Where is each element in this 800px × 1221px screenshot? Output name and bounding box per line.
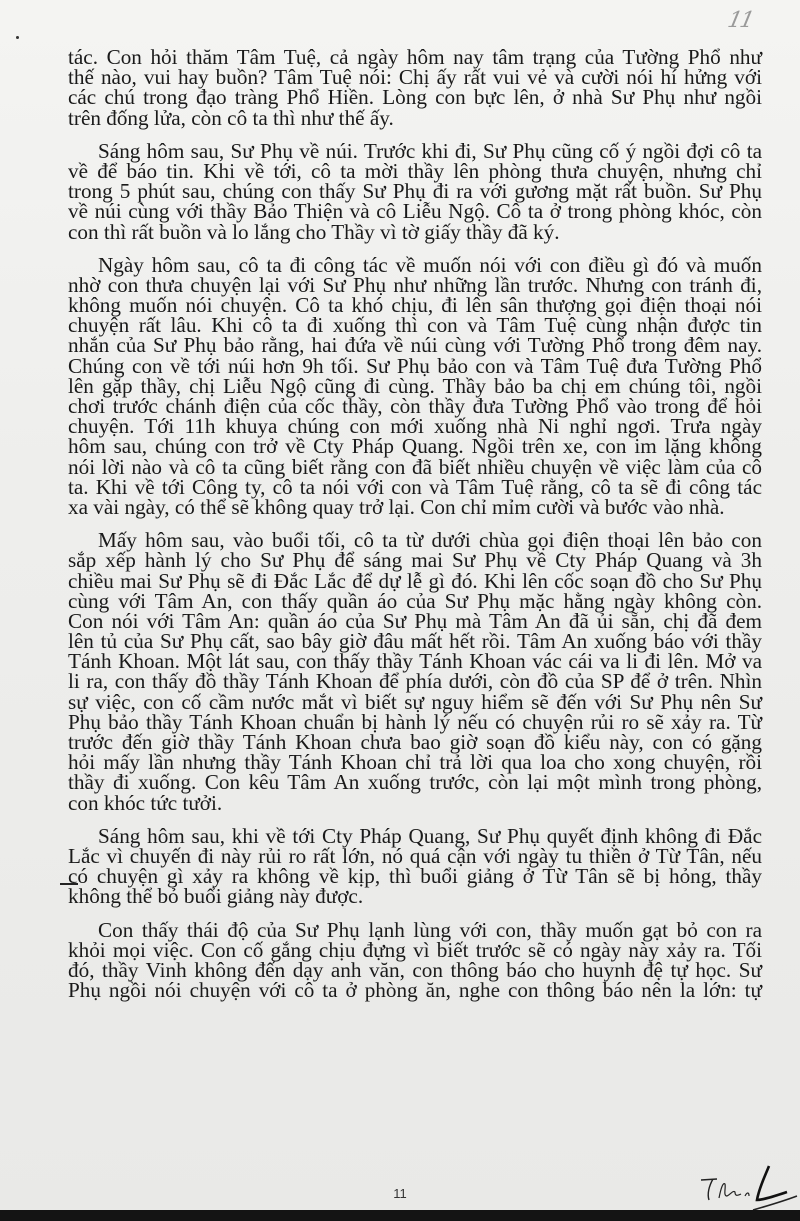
text-line: đó, thầy Vinh không đến dạy anh văn, con… — [68, 960, 762, 980]
paragraph-4: Mấy hôm sau, vào buổi tối, cô ta từ dưới… — [68, 530, 762, 813]
text-line: về để báo tin. Khi về tới, cô ta mời thầ… — [68, 161, 762, 181]
text-line: khỏi mọi việc. Con cố gắng chịu đựng vì … — [68, 940, 762, 960]
text-line: con thì rất buồn và lo lắng cho Thầy vì … — [68, 222, 762, 242]
text-line: Chúng con về tới núi hơn 9h tối. Sư Phụ … — [68, 356, 762, 376]
document-body: tác. Con hỏi thăm Tâm Tuệ, cả ngày hôm n… — [68, 47, 762, 1013]
page-number: 11 — [0, 1186, 800, 1201]
text-line: thầy đi xuống. Con kêu Tâm An xuống trướ… — [68, 772, 762, 792]
text-line: lên gặp thầy, chị Liễu Ngộ cũng đi cùng.… — [68, 376, 762, 396]
paragraph-6: Con thấy thái độ của Sư Phụ lạnh lùng vớ… — [68, 920, 762, 1001]
text-line: nhắn của Sư Phụ bảo rằng, hai đứa về núi… — [68, 335, 762, 355]
text-line: sự việc, con cố cầm nước mắt vì biết sự … — [68, 692, 762, 712]
paragraph-5: Sáng hôm sau, khi về tới Cty Pháp Quang,… — [68, 826, 762, 907]
text-line: trên đống lửa, còn cô ta thì như thế ấy. — [68, 108, 762, 128]
text-line: con khóc tức tưởi. — [68, 793, 762, 813]
text-line: ta. Khi về tới Công ty, cô ta nói với co… — [68, 477, 762, 497]
text-line: Sáng hôm sau, Sư Phụ về núi. Trước khi đ… — [68, 141, 762, 161]
text-line: Phụ ngồi nói chuyện với cô ta ở phòng ăn… — [68, 980, 762, 1000]
text-line: có chuyện gì xảy ra không về kịp, thì bu… — [68, 866, 762, 886]
text-line: chơi trước chánh điện của cốc thầy, còn … — [68, 396, 762, 416]
text-line: trước đến giờ thầy Tánh Khoan chưa bao g… — [68, 732, 762, 752]
text-line: về núi cùng với thầy Bảo Thiện và cô Liễ… — [68, 201, 762, 221]
text-line: Con thấy thái độ của Sư Phụ lạnh lùng vớ… — [68, 920, 762, 940]
paragraph-3: Ngày hôm sau, cô ta đi công tác về muốn … — [68, 255, 762, 517]
text-line: hôm sau, chúng con trở về Cty Pháp Quang… — [68, 436, 762, 456]
text-line: Con nói với Tâm An: quần áo của Sư Phụ m… — [68, 611, 762, 631]
scanned-document-page: 11 tác. Con hỏi thăm Tâm Tuệ, cả ngày hô… — [0, 0, 800, 1210]
text-line: xa vài ngày, có thể sẽ không quay trở lạ… — [68, 497, 762, 517]
text-line: chuyện. Tới 11h khuya chúng con mới xuốn… — [68, 416, 762, 436]
handwritten-strike-mark — [60, 883, 78, 885]
text-line: li ra, con thấy đồ thầy Tánh Khoan để ph… — [68, 671, 762, 691]
text-line: Lắc vì chuyến đi này rủi ro rất lớn, nó … — [68, 846, 762, 866]
text-line: Mấy hôm sau, vào buổi tối, cô ta từ dưới… — [68, 530, 762, 550]
text-line: không thể bỏ buổi giảng này được. — [68, 886, 762, 906]
text-line: chiều mai Sư Phụ sẽ đi Đắc Lắc để dự lễ … — [68, 571, 762, 591]
text-line: hỏi mấy lần nhưng thầy Tánh Khoan chỉ tr… — [68, 752, 762, 772]
scan-bottom-edge — [0, 1210, 800, 1221]
text-line: Ngày hôm sau, cô ta đi công tác về muốn … — [68, 255, 762, 275]
text-line: nói lời nào và cô ta cũng biết rằng con … — [68, 457, 762, 477]
text-line: các chú trong đạo tràng Phổ Hiền. Lòng c… — [68, 87, 762, 107]
text-line: nhờ con thưa chuyện lại với Sư Phụ như n… — [68, 275, 762, 295]
text-line: Sáng hôm sau, khi về tới Cty Pháp Quang,… — [68, 826, 762, 846]
text-line: tác. Con hỏi thăm Tâm Tuệ, cả ngày hôm n… — [68, 47, 762, 67]
text-line: trong 5 phút sau, chúng con thấy Sư Phụ … — [68, 181, 762, 201]
scan-speck — [16, 36, 19, 39]
text-line: lên tủ của Sư Phụ cất, sao bây giờ đâu m… — [68, 631, 762, 651]
text-line: cùng với Tâm An, con thấy quần áo của Sư… — [68, 591, 762, 611]
text-line: không muốn nói chuyện. Cô ta khó chịu, đ… — [68, 295, 762, 315]
paragraph-2: Sáng hôm sau, Sư Phụ về núi. Trước khi đ… — [68, 141, 762, 242]
signature-icon — [683, 1162, 798, 1210]
paragraph-1: tác. Con hỏi thăm Tâm Tuệ, cả ngày hôm n… — [68, 47, 762, 128]
text-line: sắp xếp hành lý cho Sư Phụ để sáng mai S… — [68, 550, 762, 570]
text-line: Phụ bảo thầy Tánh Khoan chuẩn bị hành lý… — [68, 712, 762, 732]
text-line: Tánh Khoan. Một lát sau, con thấy thầy T… — [68, 651, 762, 671]
handwritten-page-mark: 11 — [725, 8, 754, 33]
text-line: chuyện rất lâu. Khi cô ta đi xuống thì c… — [68, 315, 762, 335]
text-line: thế nào, vui hay buồn? Tâm Tuệ nói: Chị … — [68, 67, 762, 87]
